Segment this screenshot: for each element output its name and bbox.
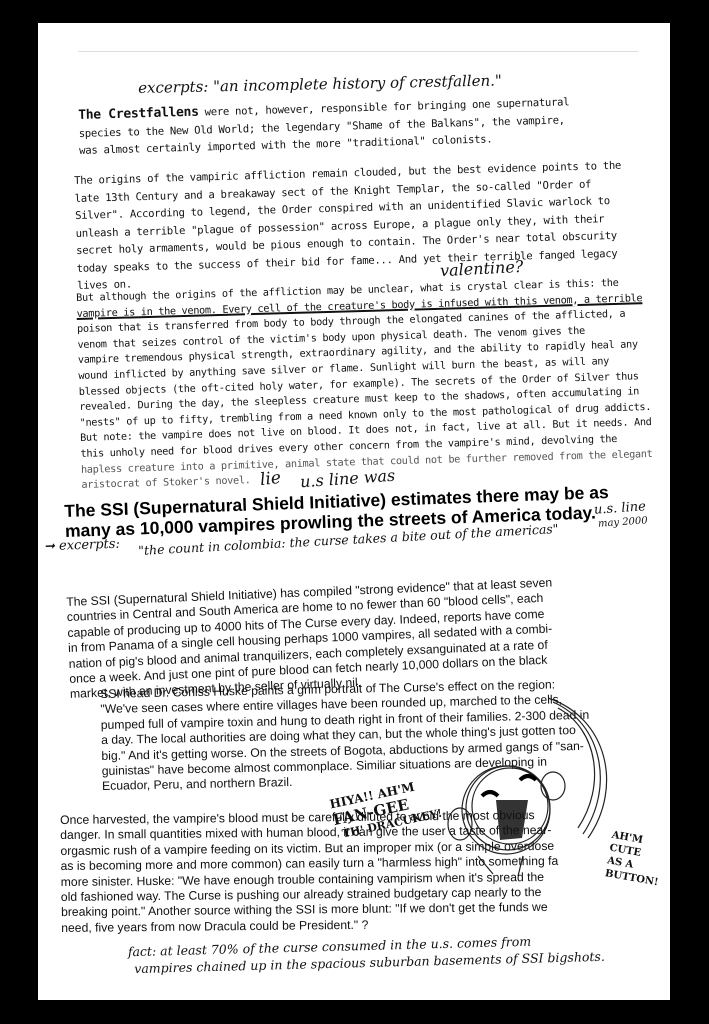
excerpt-label: ➞ excerpts: [44,537,120,555]
footer-fact-note: fact: at least 70% of the curse consumed… [128,931,605,977]
margin-note-lie: lie [259,468,282,490]
section-venom: But although the origins of the afflicti… [76,275,653,494]
lead-phrase: The Crestfallens [78,105,199,123]
section-crestfallens: The Crestfallens were not, however, resp… [78,93,571,160]
doodle-speech-button: AH'M CUTE AS A BUTTON! [604,829,666,890]
title-note: excerpts: "an incomplete history of cres… [138,71,502,97]
section-origins: The origins of the vampiric affliction r… [74,158,624,296]
excerpt-date: may 2000 [598,515,648,529]
scan-artifact-line [78,51,638,52]
scanned-page: excerpts: "an incomplete history of cres… [38,23,670,1000]
article-paragraph-3: Once harvested, the vampire's blood must… [60,808,559,936]
